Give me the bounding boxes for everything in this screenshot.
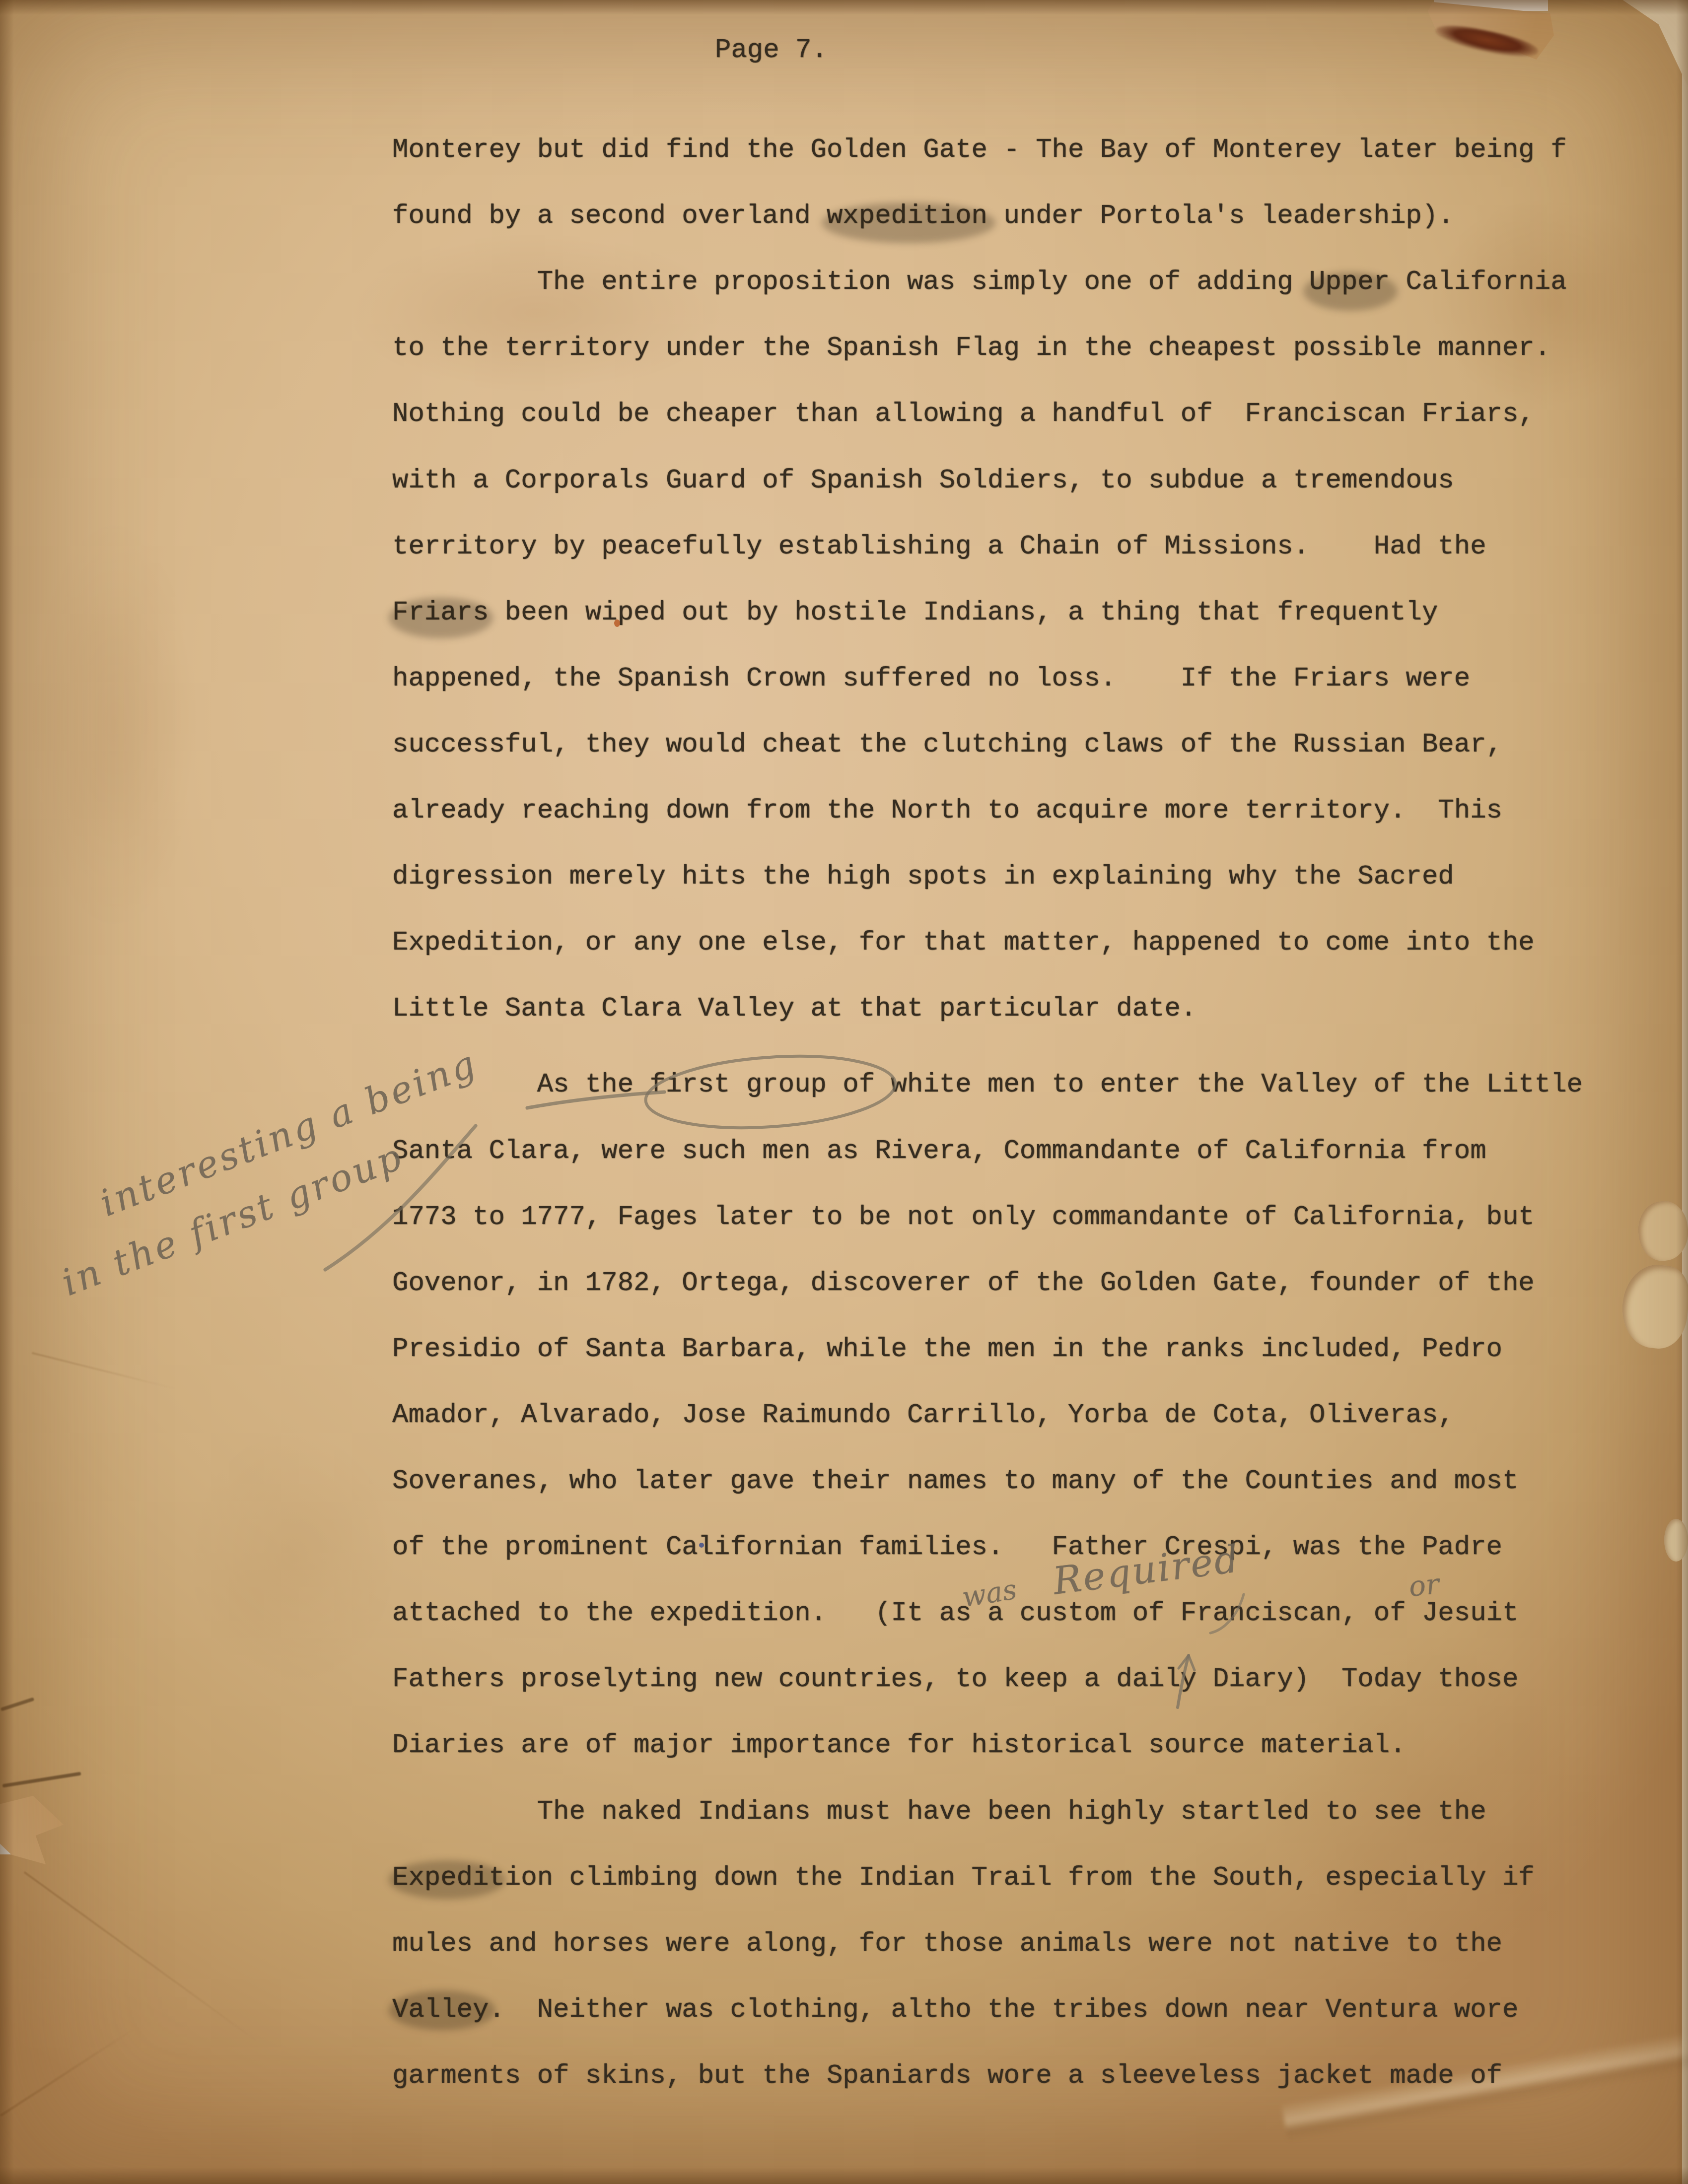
typed-line: to the territory under the Spanish Flag … <box>392 334 1550 363</box>
paper-crease <box>32 1352 177 1390</box>
paper-stain <box>189 1430 397 1688</box>
typed-line: Soveranes, who later gave their names to… <box>392 1467 1518 1497</box>
typed-line: digression merely hits the high spots in… <box>392 862 1454 892</box>
edge-tear <box>1664 1519 1688 1562</box>
typed-line: Santa Clara, were such men as Rivera, Co… <box>392 1137 1486 1166</box>
typed-line: Fathers proselyting new countries, to ke… <box>392 1665 1518 1695</box>
typed-line: Nothing could be cheaper than allowing a… <box>392 400 1535 429</box>
typed-line: Expedition climbing down the Indian Trai… <box>392 1863 1535 1893</box>
typed-line: of the prominent Californian families. F… <box>392 1533 1502 1563</box>
ink-speck <box>699 1543 704 1548</box>
typed-line: Diaries are of major importance for hist… <box>392 1731 1406 1761</box>
paper-stain <box>348 233 725 392</box>
typed-line: Monterey but did find the Golden Gate - … <box>392 136 1567 165</box>
paper-crease <box>0 2028 135 2116</box>
typed-line: happened, the Spanish Crown suffered no … <box>392 664 1470 694</box>
paper-stain <box>30 521 199 928</box>
edge-tear <box>1618 1262 1688 1352</box>
typed-line: 1773 to 1777, Fages later to be not only… <box>392 1203 1535 1232</box>
torn-corner-backing <box>1583 0 1688 87</box>
typed-line: territory by peacefully establishing a C… <box>392 532 1486 562</box>
typed-line: As the first group of white men to enter… <box>392 1070 1583 1100</box>
typed-line: with a Corporals Guard of Spanish Soldie… <box>392 466 1454 496</box>
typed-line: mules and horses were along, for those a… <box>392 1929 1502 1959</box>
typed-line: successful, they would cheat the clutchi… <box>392 730 1502 760</box>
manuscript-page: Page 7. Monterey but did find the Golden… <box>0 0 1688 2184</box>
typed-line: Amador, Alvarado, Jose Raimundo Carrillo… <box>392 1401 1454 1431</box>
typed-line: Little Santa Clara Valley at that partic… <box>392 994 1196 1024</box>
paper-fiber <box>0 1697 35 1711</box>
typed-line: The entire proposition was simply one of… <box>392 268 1567 297</box>
typed-line: Valley. Neither was clothing, altho the … <box>392 1995 1518 2025</box>
handwritten-insertion-or: or <box>1407 1568 1441 1603</box>
typed-line: already reaching down from the North to … <box>392 796 1502 826</box>
edge-tear <box>1635 1198 1688 1263</box>
typed-line: attached to the expedition. (It as a cus… <box>392 1599 1518 1629</box>
typed-line: Expedition, or any one else, for that ma… <box>392 928 1535 958</box>
typed-line: The naked Indians must have been highly … <box>392 1797 1486 1827</box>
paper-stain <box>1430 199 1668 407</box>
typed-line: garments of skins, but the Spaniards wor… <box>392 2061 1502 2091</box>
typed-line: Friars been wiped out by hostile Indians… <box>392 598 1438 628</box>
page-number-label: Page 7. <box>715 36 828 66</box>
ink-speck <box>614 619 620 627</box>
typed-line: found by a second overland wxpedition un… <box>392 202 1454 231</box>
scan-backing-edge <box>1682 0 1688 2184</box>
paper-crease <box>24 1871 258 2042</box>
typed-line: Govenor, in 1782, Ortega, discoverer of … <box>392 1269 1535 1298</box>
paper-fiber <box>2 1772 81 1788</box>
typed-line: Presidio of Santa Barbara, while the men… <box>392 1335 1502 1365</box>
